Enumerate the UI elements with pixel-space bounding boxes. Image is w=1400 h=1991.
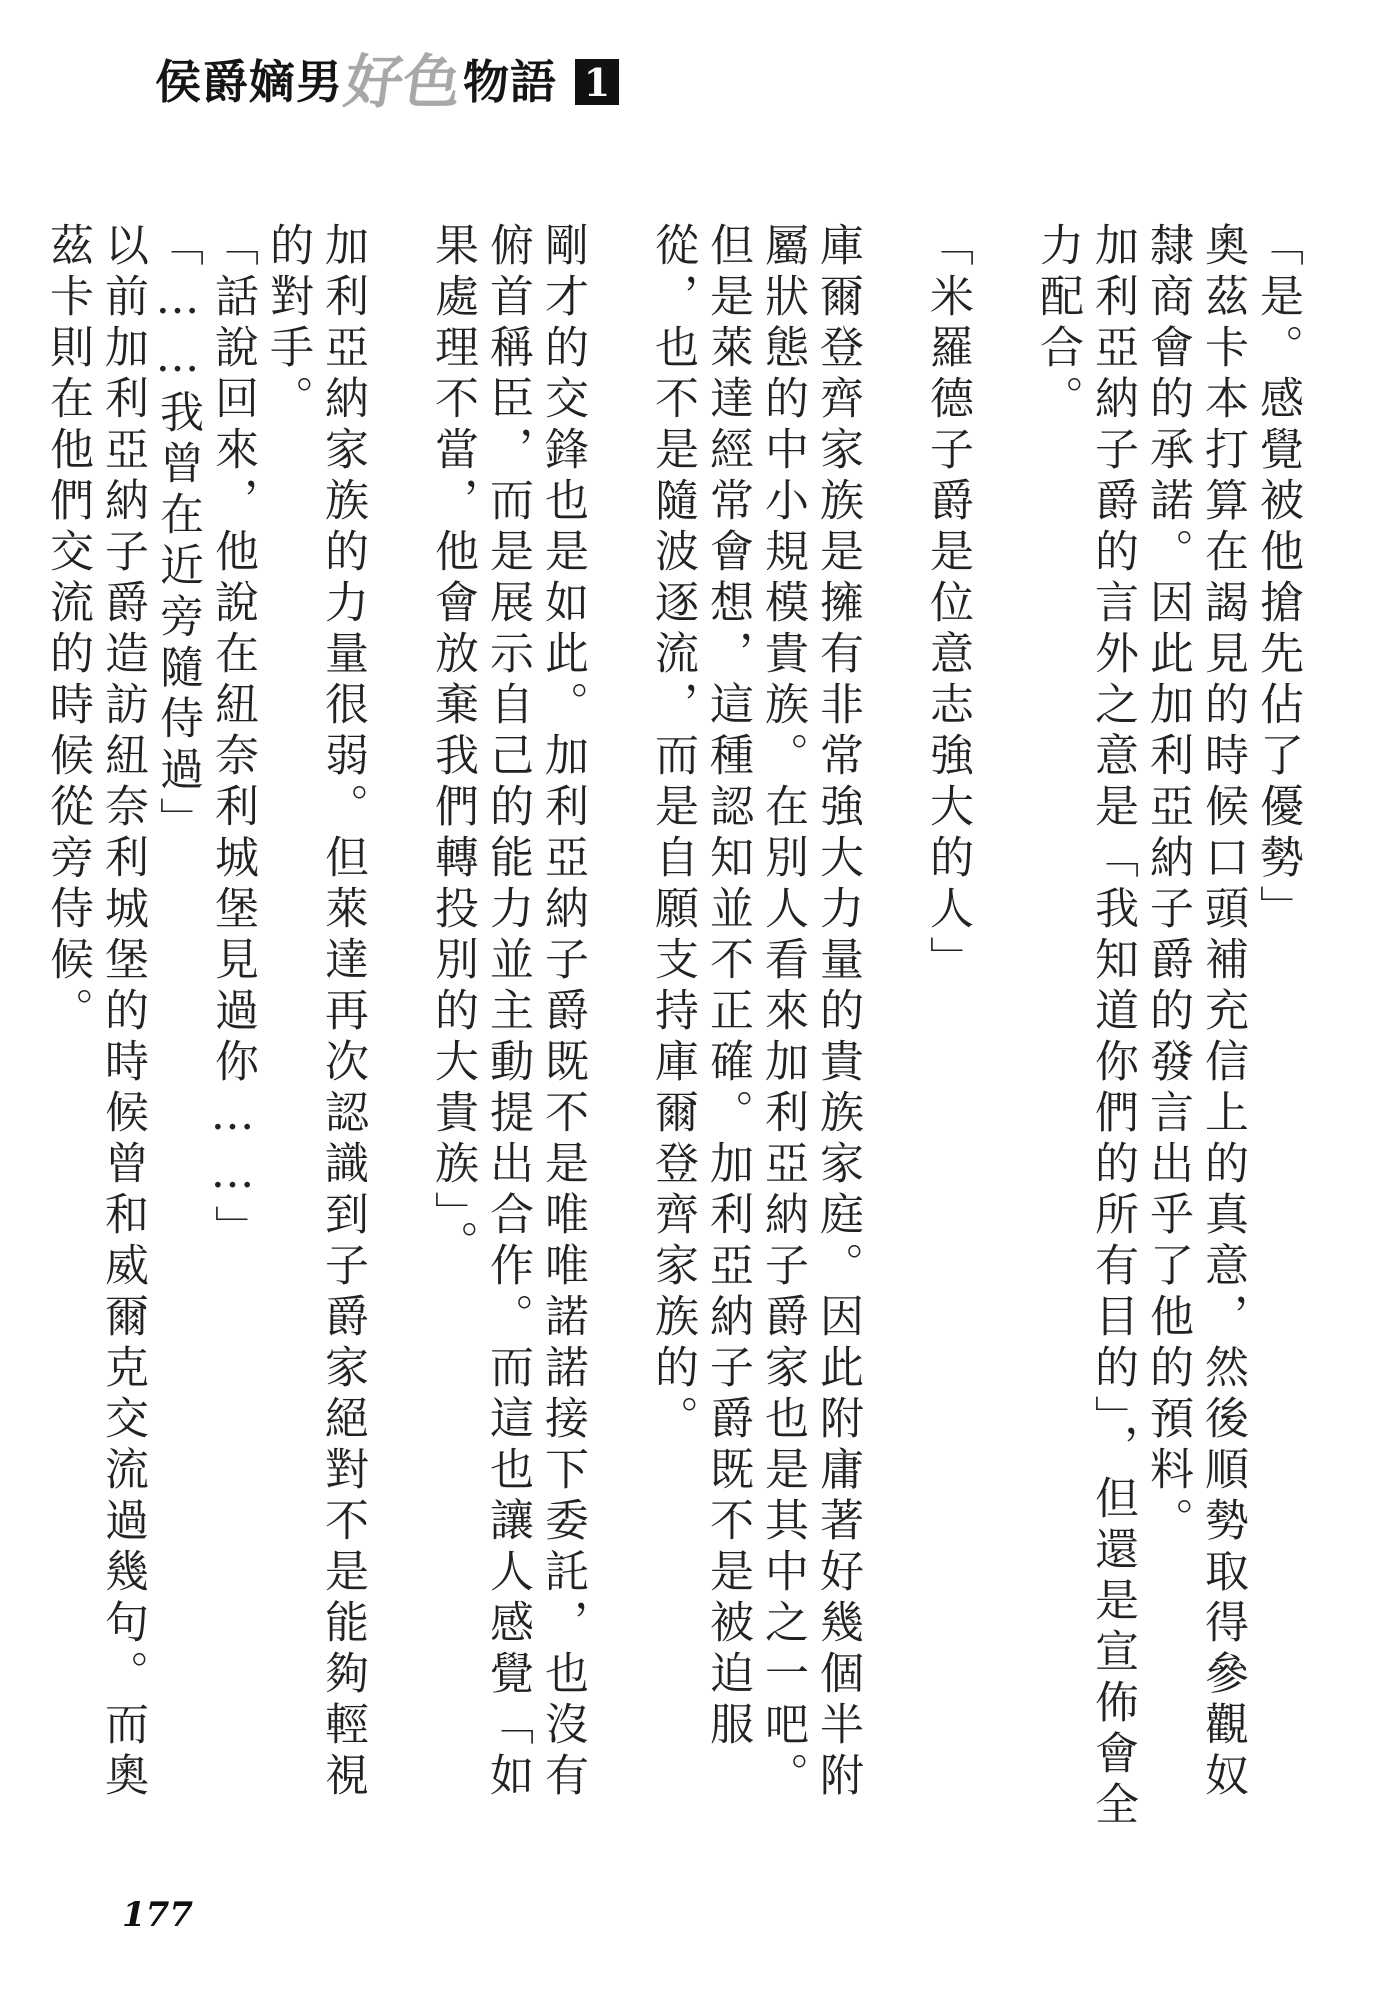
paragraph: 奧茲卡本打算在謁見的時候口頭補充信上的真意，然後順勢取得參觀奴隸商會的承諾。因此… (1140, 222, 1250, 1842)
book-title-suffix: 物語 (463, 52, 557, 112)
book-title-prefix: 侯爵嫡男 (155, 52, 343, 112)
paragraph: 加利亞納子爵的言外之意是「我知道你們的所有目的」，但還是宣佈會全力配合。 (1030, 222, 1140, 1842)
paragraph: 加利亞納家族的力量很弱。但萊達再次認識到子爵家絕對不是能夠輕視的對手。 (260, 222, 370, 1842)
paragraph: 以前加利亞納子爵造訪紐奈利城堡的時候曾和威爾克交流過幾句。而奧茲卡則在他們交流的… (40, 222, 150, 1842)
paragraph: 「話說回來，他說在紐奈利城堡見過你……」 (205, 222, 260, 1842)
paragraph: 但是萊達經常會想，這種認知並不正確。加利亞納子爵既不是被迫服從，也不是隨波逐流，… (645, 222, 755, 1842)
paragraph: 「是。感覺被他搶先佔了優勢」 (1250, 222, 1305, 1842)
volume-badge: 1 (575, 59, 619, 105)
paragraph: 剛才的交鋒也是如此。加利亞納子爵既不是唯唯諾諾接下委託，也沒有俯首稱臣，而是展示… (425, 222, 590, 1842)
paragraph: 庫爾登齊家族是擁有非常強大力量的貴族家庭。因此附庸著好幾個半附屬狀態的中小規模貴… (755, 222, 865, 1842)
paragraph: 「米羅德子爵是位意志強大的人」 (920, 222, 975, 1842)
paragraph: 「……我曾在近旁隨侍過」 (150, 222, 205, 1842)
page-number: 177 (122, 1895, 193, 1935)
vertical-body-text: 「是。感覺被他搶先佔了優勢」 奧茲卡本打算在謁見的時候口頭補充信上的真意，然後順… (40, 222, 1305, 1842)
book-title-accent: 好色 (341, 52, 465, 112)
running-header: 侯爵嫡男 好色 物語 1 (155, 52, 619, 112)
